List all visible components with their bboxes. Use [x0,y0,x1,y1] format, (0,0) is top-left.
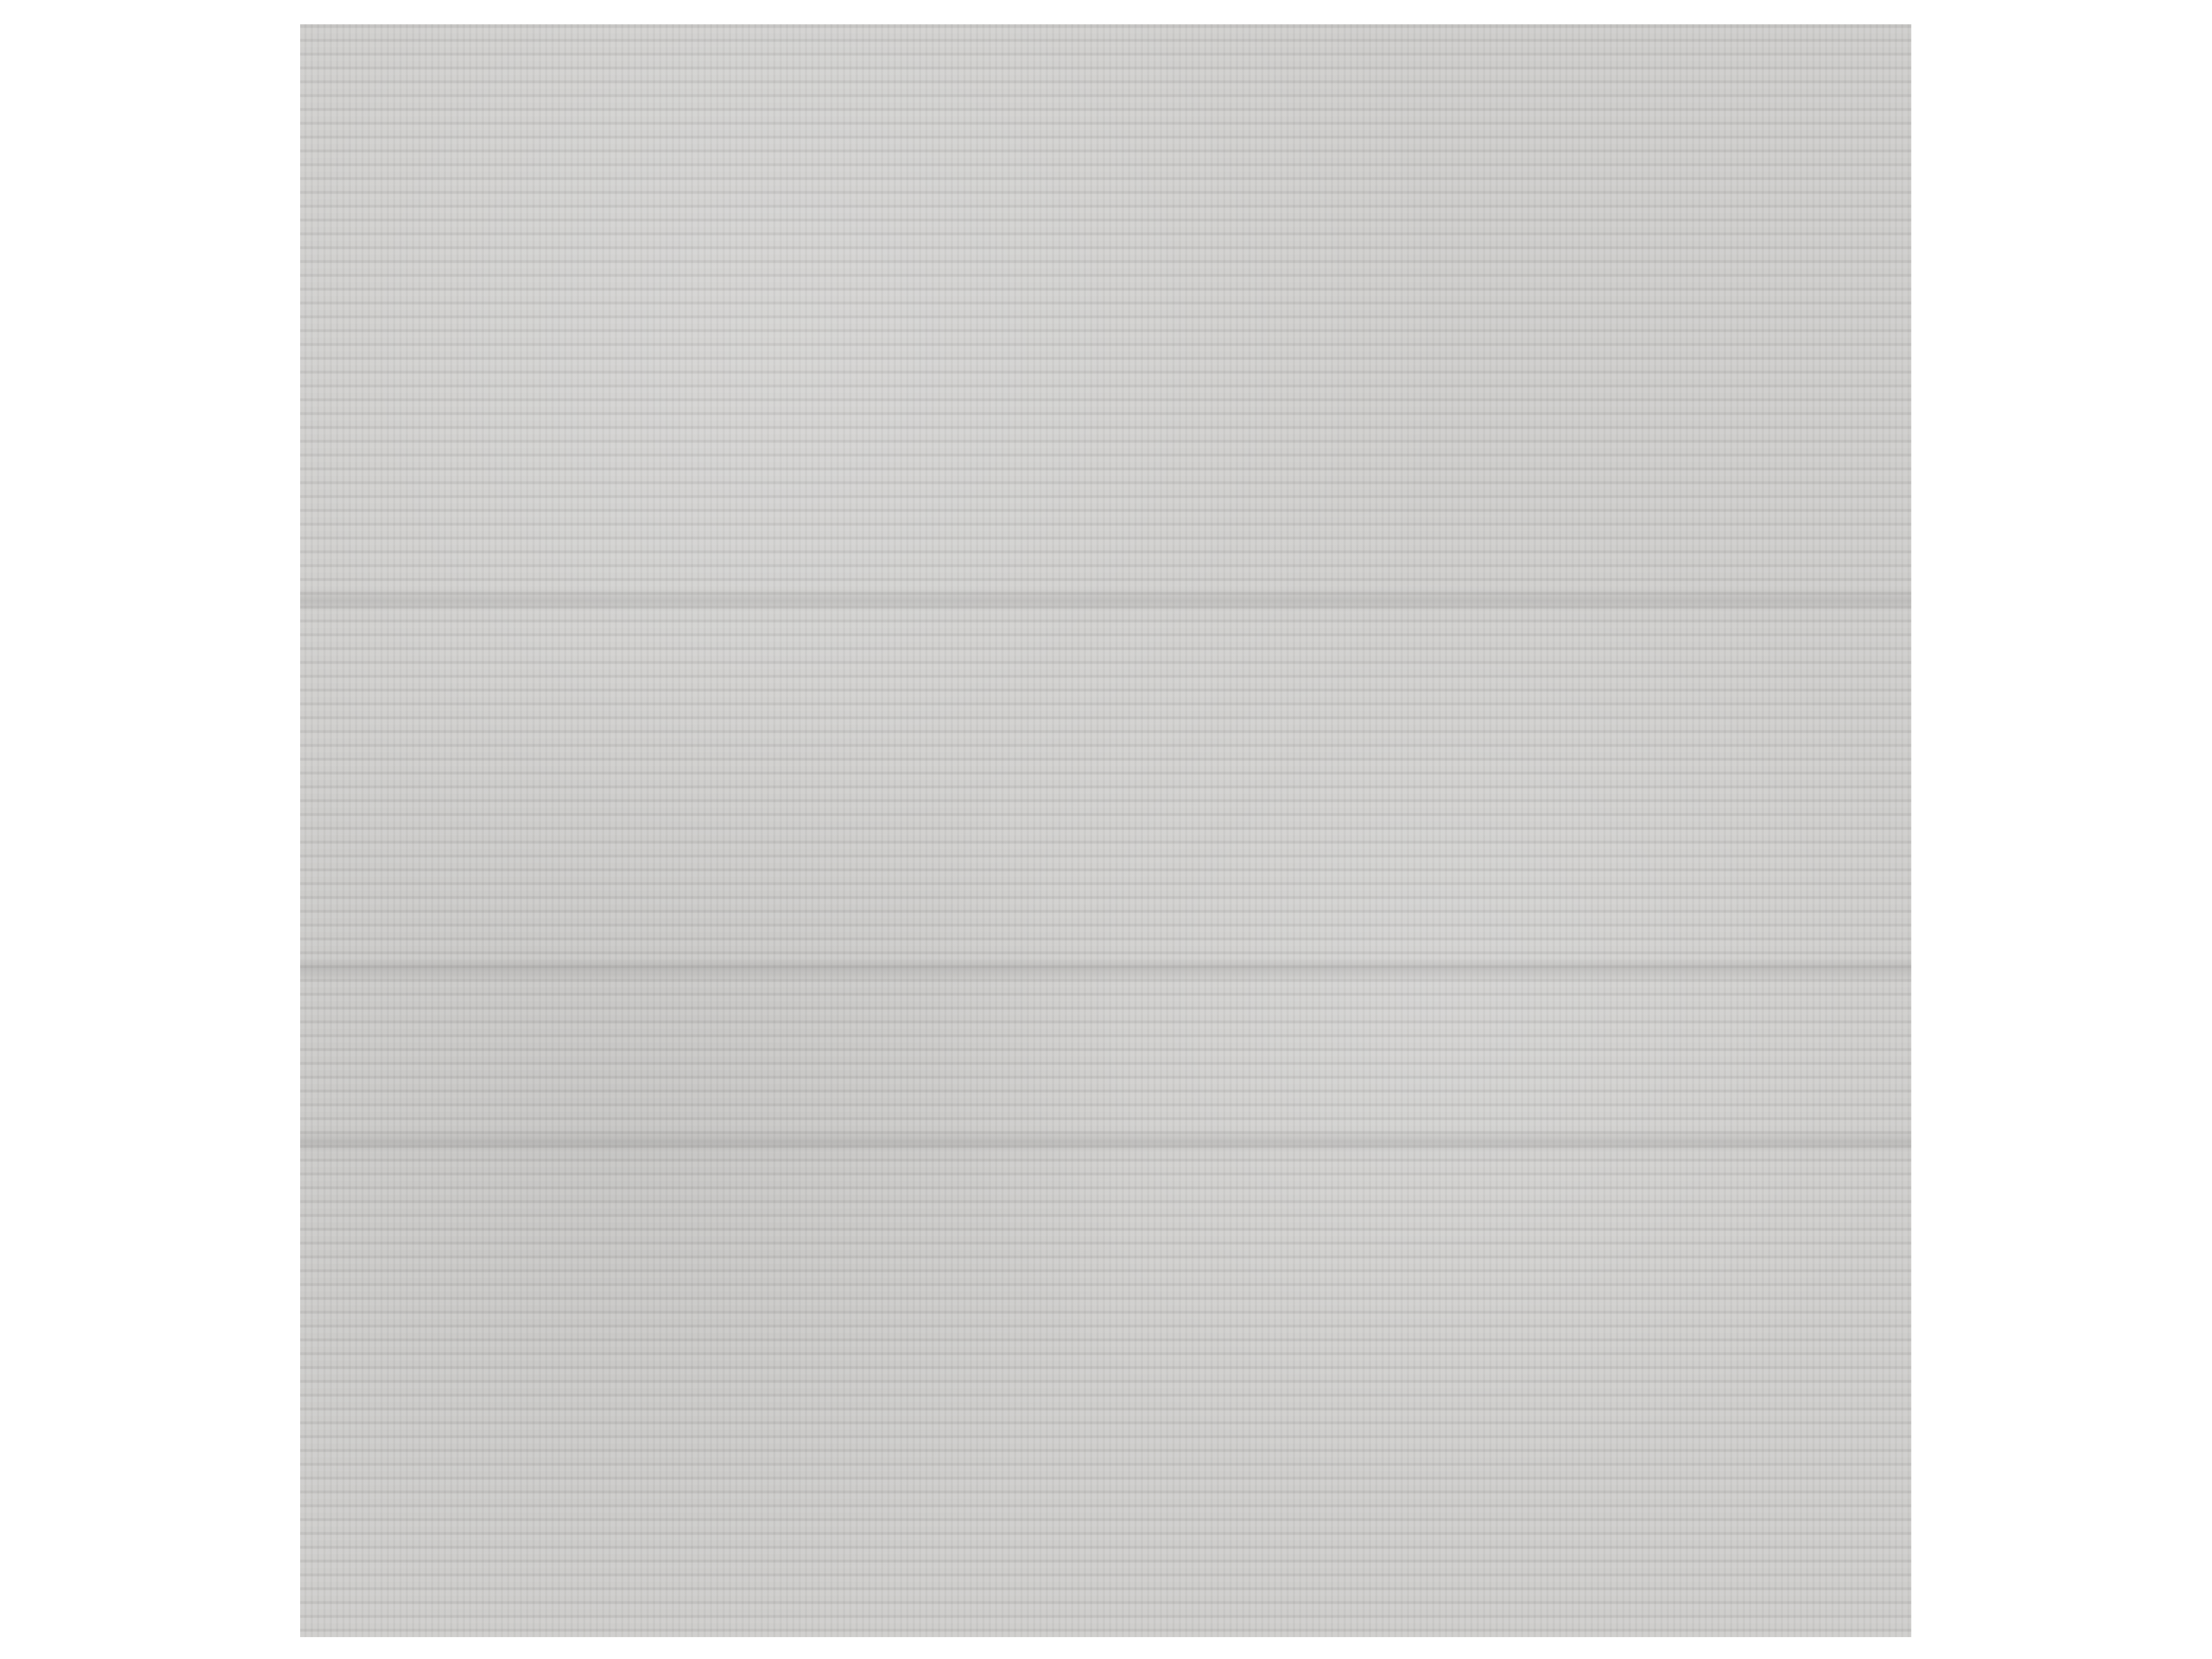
carpet-swatch [300,24,1911,1637]
texture-band [300,1130,1911,1153]
texture-band [300,589,1911,612]
texture-band [300,957,1911,980]
